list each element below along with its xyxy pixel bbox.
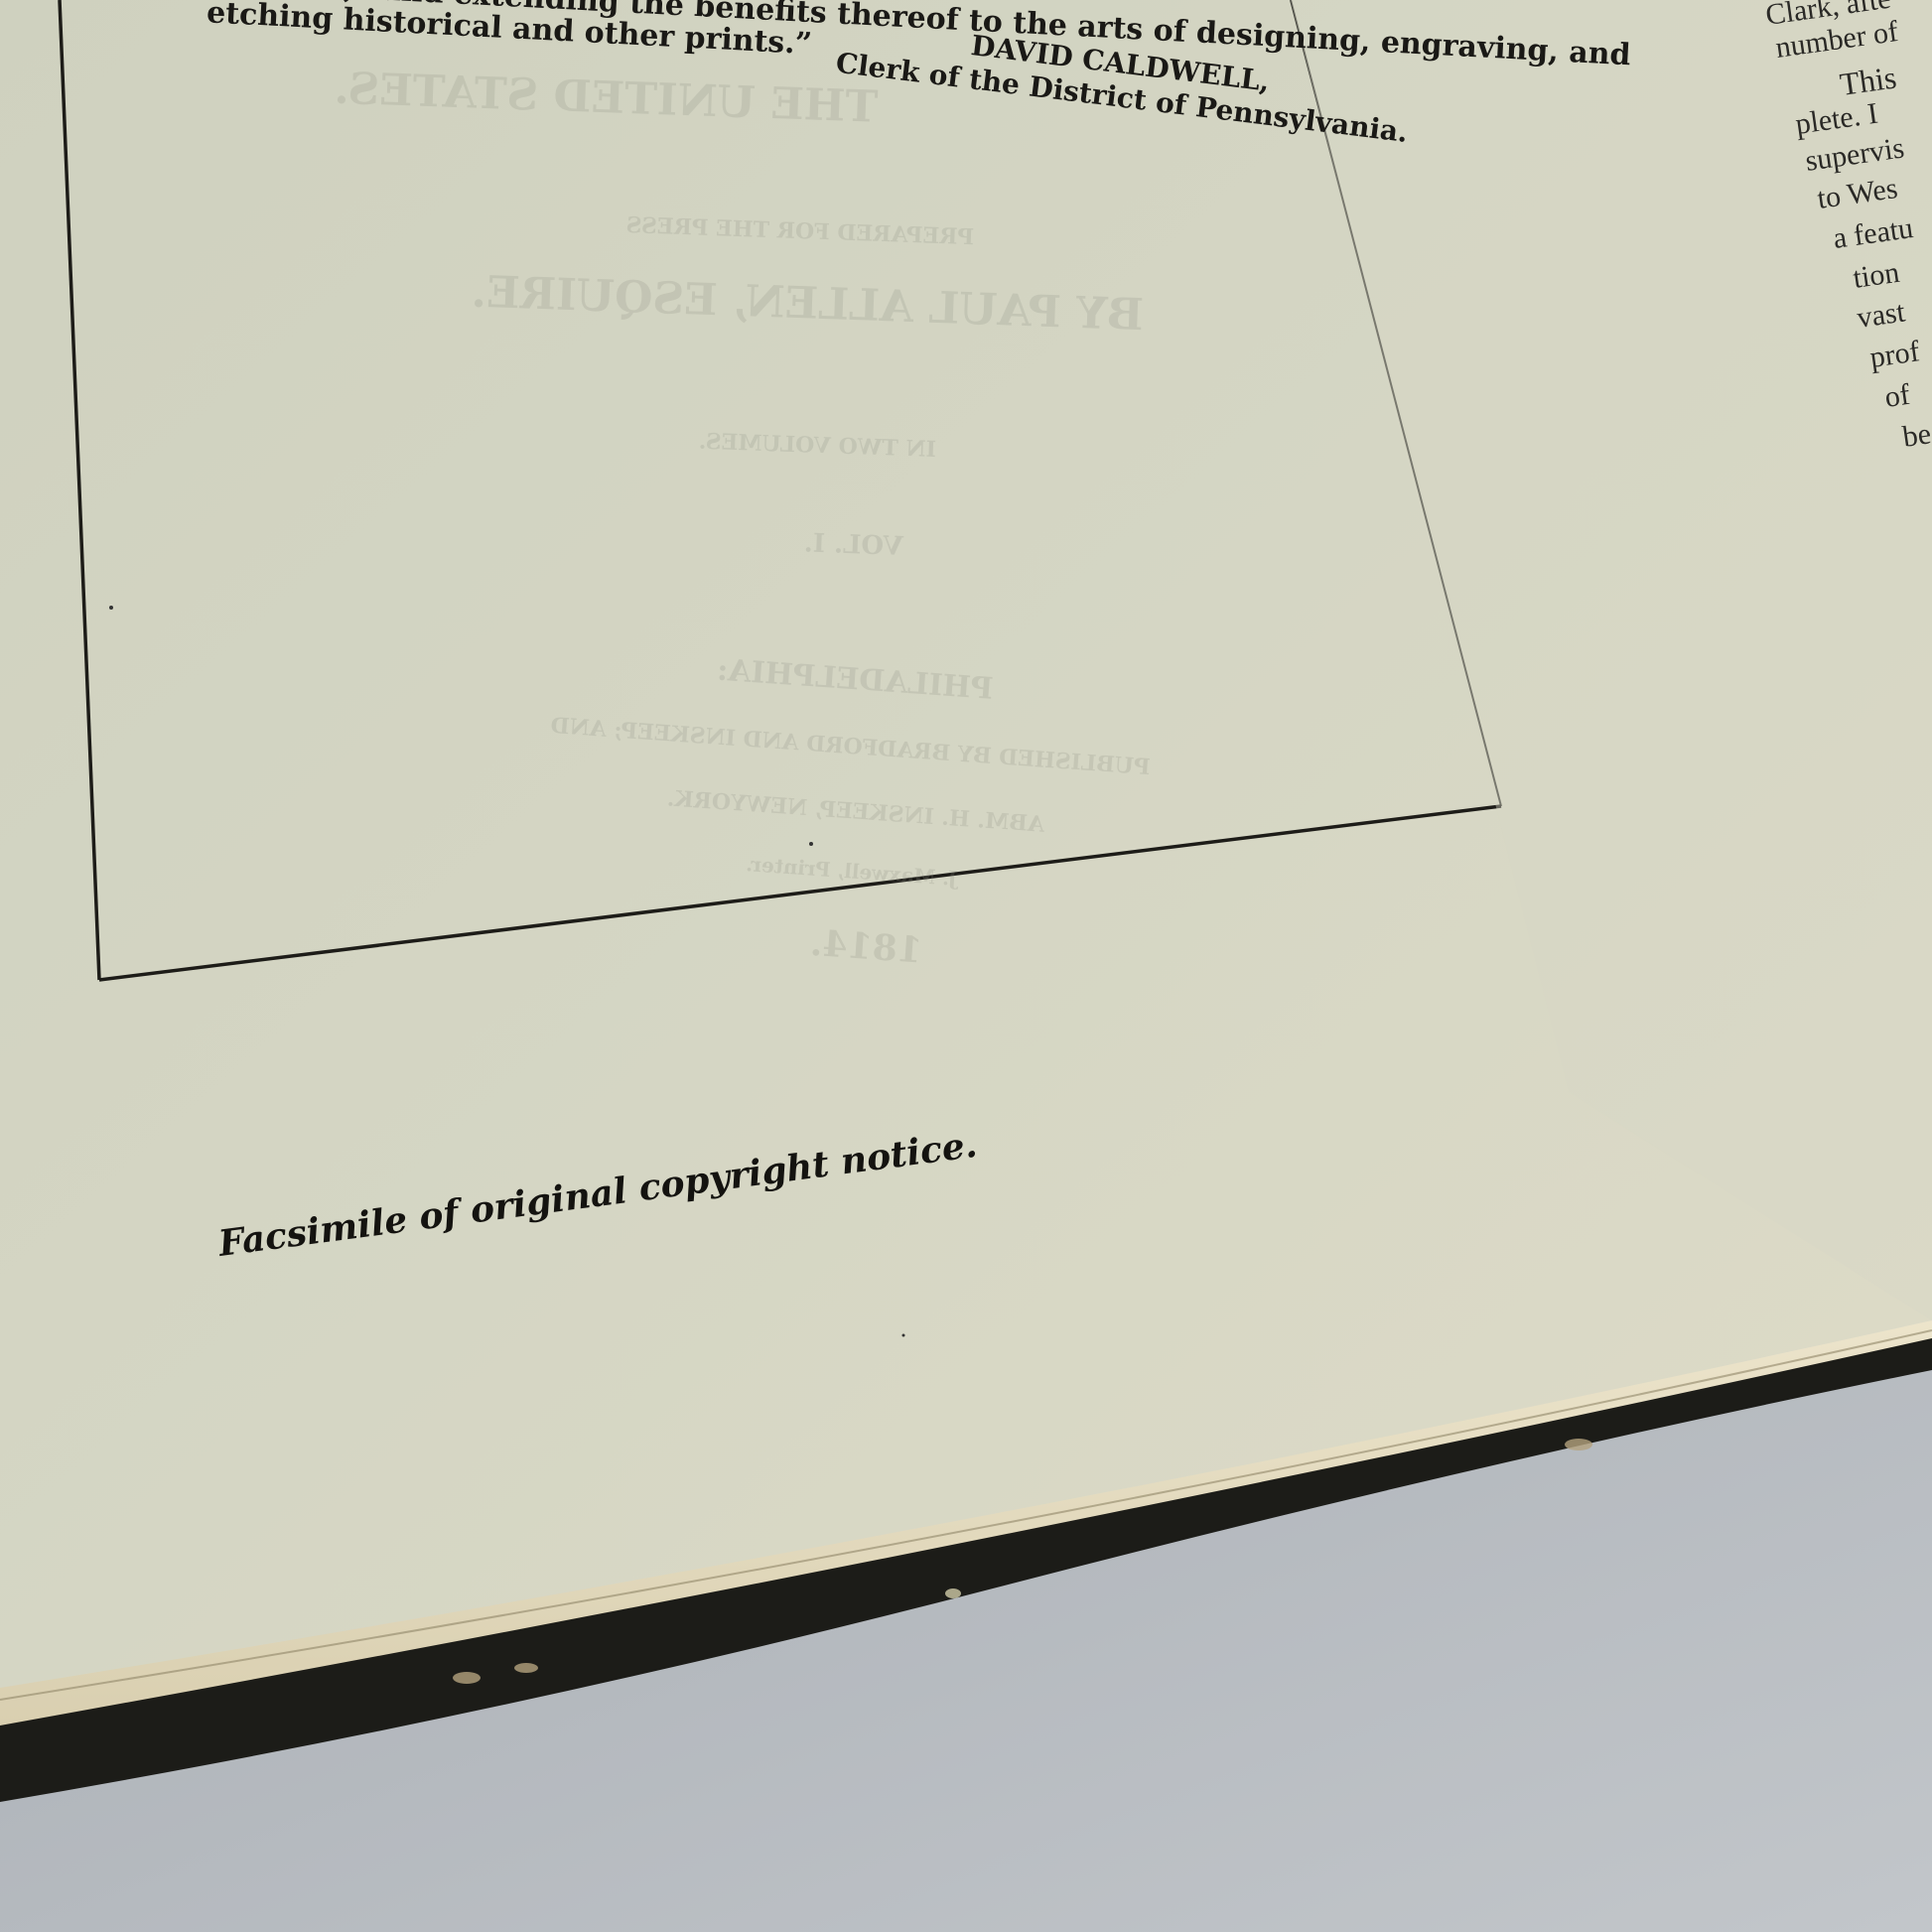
svg-text:VOL. I.: VOL. I. bbox=[803, 528, 904, 562]
svg-text:tion: tion bbox=[1851, 256, 1901, 295]
svg-text:be: be bbox=[1900, 417, 1932, 454]
book-photo: “ tioned,” and extending the benefits th… bbox=[0, 0, 1932, 1932]
book-page-illustration: “ tioned,” and extending the benefits th… bbox=[0, 0, 1932, 1932]
svg-text:prof: prof bbox=[1867, 335, 1921, 374]
svg-text:of: of bbox=[1882, 378, 1911, 414]
svg-text:vast: vast bbox=[1855, 295, 1907, 334]
svg-text:1814.: 1814. bbox=[809, 922, 923, 972]
